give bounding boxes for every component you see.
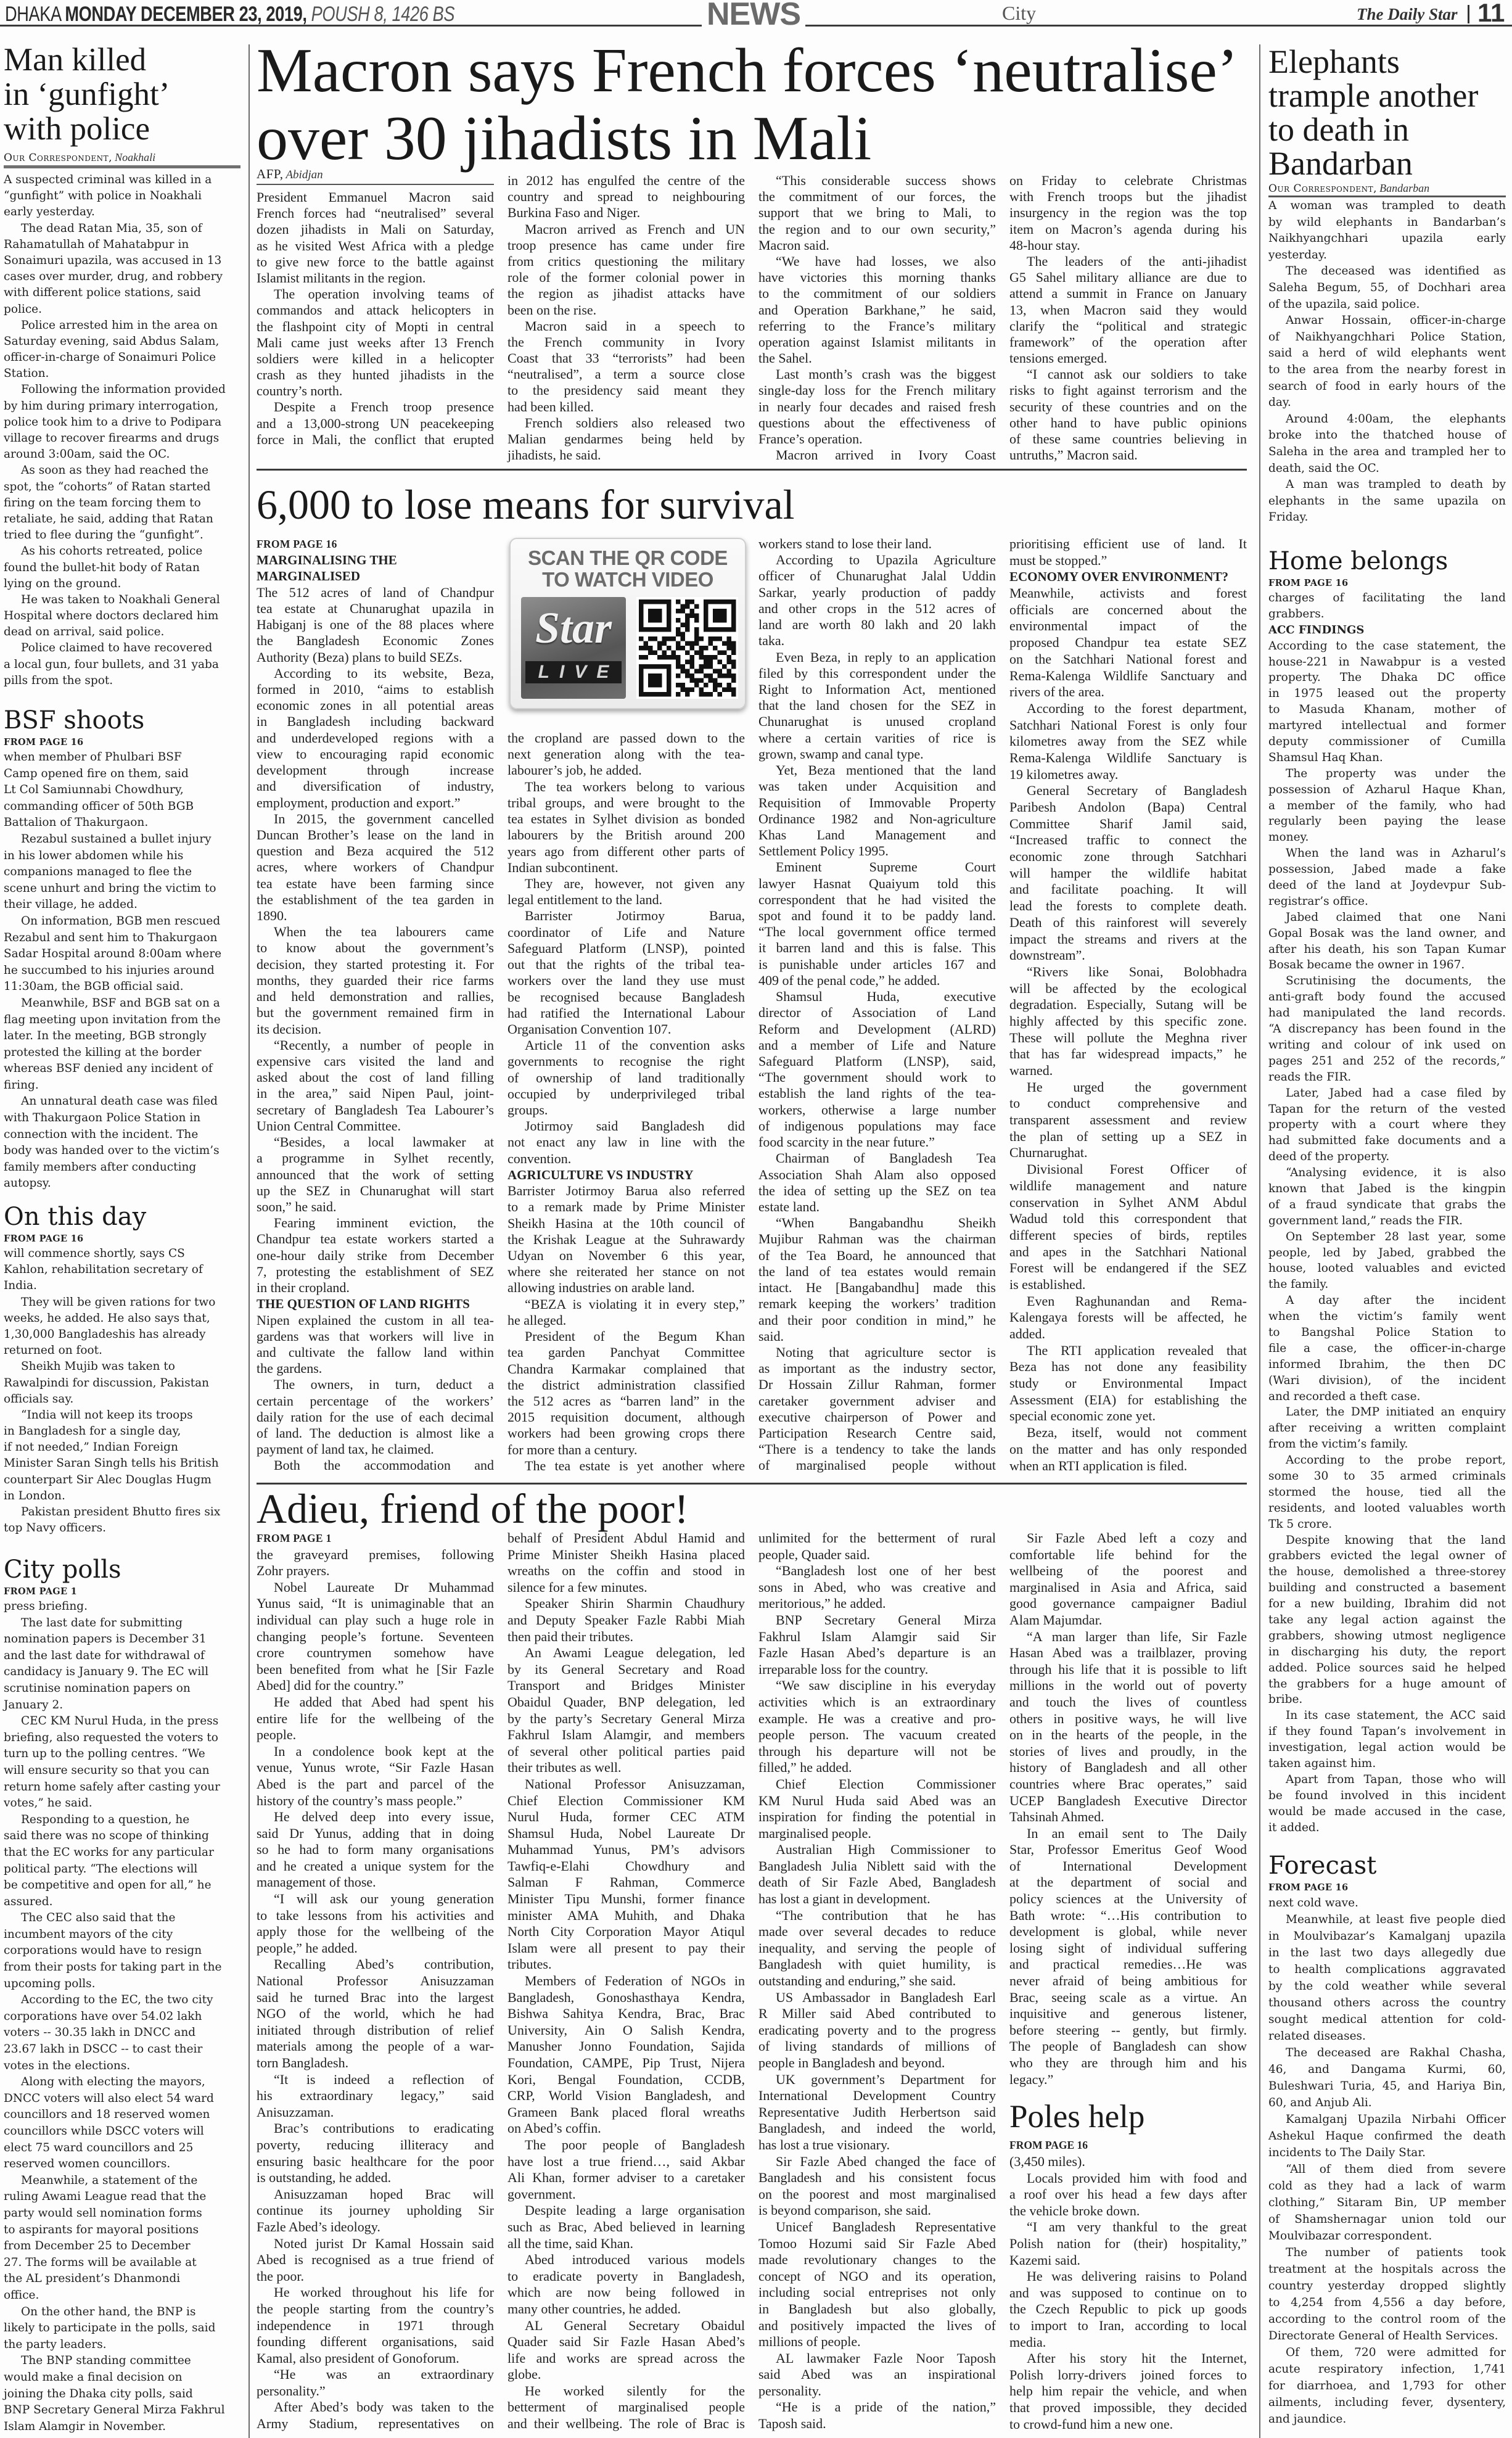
text-line: Shamsul Huda, Nobel Laureate Dr bbox=[507, 1826, 745, 1842]
text-line: warned. bbox=[1009, 1063, 1247, 1079]
text-line: house, looted valuables and evicted bbox=[1268, 1261, 1506, 1277]
article-body-column: in 2012 has engulfed the centre of theco… bbox=[507, 173, 745, 463]
text-line: to know about the government’s bbox=[257, 940, 494, 956]
qr-promo: SCAN THE QR CODE TO WATCH VIDEO Star LIV… bbox=[509, 538, 746, 709]
text-line: will ensure security so that you can bbox=[4, 1763, 241, 1779]
text-line: elephants in the same upazila on bbox=[1268, 493, 1506, 510]
text-line: filed by this correspondent under the bbox=[758, 665, 996, 682]
text-line: from their posts for taking part in the bbox=[4, 1959, 241, 1976]
text-line: in London. bbox=[4, 1488, 241, 1504]
text-line: of living standards of millions of bbox=[758, 2038, 996, 2055]
text-line: crore countrymen somehow have bbox=[257, 1645, 494, 1662]
text-line: when member of Phulbari BSF bbox=[4, 749, 241, 766]
text-line: After Abed’s body was taken to the bbox=[257, 2399, 494, 2416]
text-line: if they found Tapan’s involvement in bbox=[1268, 1724, 1506, 1740]
text-line: grabbers evicted the legal owner of bbox=[1268, 1548, 1506, 1564]
text-line: Lt Col Samiunnabi Chowdhury, bbox=[4, 782, 241, 799]
text-line: minister AMA Muhith, and Dhaka bbox=[507, 1908, 745, 1924]
text-line: Friday. bbox=[1268, 509, 1506, 526]
text-line: Apart from Tapan, those who will bbox=[1268, 1772, 1506, 1788]
article-forecast: Forecast FROM PAGE 16 next cold wave.Mea… bbox=[1268, 1850, 1506, 2428]
text-line: outstanding and enduring,” she said. bbox=[758, 1973, 996, 1990]
text-line: must be stopped.” bbox=[1009, 553, 1247, 569]
text-line: Jabed claimed that one Nani bbox=[1268, 910, 1506, 926]
text-line: Khas Land Management and bbox=[758, 827, 996, 843]
text-line: Obaidul Quader, BNP delegation, led bbox=[507, 1694, 745, 1711]
text-line: Mujibur Rahman was the chairman bbox=[758, 1231, 996, 1247]
text-line: Islam Alamgir in November. bbox=[4, 2419, 241, 2436]
text-line: history of the country’s mass people.” bbox=[257, 1793, 494, 1810]
text-line: labourers by the British around 200 bbox=[507, 827, 745, 843]
text-line: the plan of setting up a SEZ in bbox=[1009, 1129, 1247, 1145]
text-line: The BNP standing committee bbox=[4, 2353, 241, 2370]
text-line: be found involved in this incident bbox=[1268, 1788, 1506, 1804]
text-line: Anisuzzaman. bbox=[257, 2104, 494, 2121]
text-line: personality.” bbox=[257, 2383, 494, 2400]
text-line: acres, where workers of Chandpur bbox=[257, 859, 494, 875]
text-line: their tributes as well. bbox=[507, 1760, 745, 1776]
text-line: Forest will be endangered if the SEZ bbox=[1009, 1260, 1247, 1277]
continued-from-label: FROM PAGE 16 bbox=[4, 1232, 241, 1246]
headline-line: over 30 jihadists in Mali bbox=[257, 105, 1238, 173]
text-line: Even Raghunandan and Rema- bbox=[1009, 1293, 1247, 1310]
text-line: death, said the OC. bbox=[1268, 461, 1506, 477]
text-line: said a herd of wild elephants went bbox=[1268, 345, 1506, 362]
text-line: Zohr prayers. bbox=[257, 1563, 494, 1579]
text-line: of indigenous populations may face bbox=[758, 1118, 996, 1134]
text-line: NGO of the world, which he had bbox=[257, 2006, 494, 2022]
text-line: He worked silently for the bbox=[507, 2383, 745, 2400]
text-line: investigation, legal action would be bbox=[1268, 1740, 1506, 1756]
text-line: good governance campaigner Badiul bbox=[1009, 1596, 1247, 1612]
text-line: The leaders of the anti-jihadist bbox=[1009, 253, 1247, 270]
text-line: residents, and looted valuables worth bbox=[1268, 1501, 1506, 1517]
text-line: Kamal, also president of Gonoforum. bbox=[257, 2350, 494, 2367]
text-line: people. bbox=[257, 1727, 494, 1744]
text-line: concept of NGO and its operation, bbox=[758, 2268, 996, 2285]
text-line: the 512 acres as “barren land” in the bbox=[507, 1393, 745, 1409]
text-line: Taposh said. bbox=[758, 2416, 996, 2432]
text-line: Churnarughat. bbox=[1009, 1145, 1247, 1161]
text-line: view to encouraging rapid economic bbox=[257, 746, 494, 762]
text-line: added. Police sources said he helped bbox=[1268, 1660, 1506, 1676]
text-line: out that the rights of the tribal tea- bbox=[507, 957, 745, 973]
text-line: in Moulvibazar’s Kamalganj upazila bbox=[1268, 1928, 1506, 1945]
text-line: years ago from different other parts of bbox=[507, 844, 745, 860]
text-line: different species of birds, reptiles bbox=[1009, 1227, 1247, 1244]
text-line: activities which is an extraordinary bbox=[758, 1694, 996, 1711]
headline-line: Macron says French forces ‘neutralise’ bbox=[257, 37, 1238, 105]
lead-headline: Macron says French forces ‘neutralise’ o… bbox=[257, 37, 1238, 173]
text-line: study or Environmental Impact bbox=[1009, 1375, 1247, 1392]
text-line: DNCC voters will also elect 54 ward bbox=[4, 2091, 241, 2107]
text-line: house-221 in Nawabpur is a vested bbox=[1268, 654, 1506, 670]
text-line: have lost a true friend…, said Akbar bbox=[507, 2154, 745, 2170]
text-line: weeks, he added. He also says that, bbox=[4, 1311, 241, 1327]
continued-from-label: FROM PAGE 16 bbox=[257, 536, 494, 552]
text-line: “Recently, a number of people in bbox=[257, 1037, 494, 1053]
text-line: spot and found it to be paddy land. bbox=[758, 908, 996, 924]
text-line: behalf of President Abdul Hamid and bbox=[507, 1530, 745, 1547]
text-line: President of the Begum Khan bbox=[507, 1328, 745, 1345]
headline: Man killed in ‘gunfight’ with police bbox=[4, 43, 170, 146]
text-line: Ashekul Haque confirmed the death bbox=[1268, 2128, 1506, 2144]
text-line: Salman F Rahman, Commerce bbox=[507, 1874, 745, 1891]
text-line: Following the information provided bbox=[4, 382, 241, 398]
text-line: who they are through him and his bbox=[1009, 2055, 1247, 2072]
text-line: wellbeing of the poorest and bbox=[1009, 1563, 1247, 1579]
text-line: scrutinise nomination papers on bbox=[4, 1681, 241, 1697]
text-line: he alleged. bbox=[507, 1312, 745, 1328]
text-line: in Bangladesh for a single day, bbox=[4, 1423, 241, 1439]
continued-from-label: FROM PAGE 16 bbox=[1268, 1881, 1506, 1895]
text-line: Fazle Abed’s ideology. bbox=[257, 2219, 494, 2236]
text-line: 409 of the penal code,” he added. bbox=[758, 973, 996, 989]
section-label: NEWS bbox=[707, 0, 800, 30]
text-line: support that we bring to Mali, to bbox=[758, 205, 996, 221]
article-body-column: on Friday to celebrate Christmaswith Fre… bbox=[1009, 173, 1247, 463]
text-line: crash as they hunted jihadists in the bbox=[257, 367, 494, 383]
text-line: of the Tea Board, he announced that bbox=[758, 1248, 996, 1264]
text-line: including social entreprises not only bbox=[758, 2284, 996, 2301]
text-line: International Development Country bbox=[758, 2088, 996, 2104]
text-line: by wild elephants in Bandarban’s bbox=[1268, 215, 1506, 231]
text-line: referring to the France’s military bbox=[758, 318, 996, 334]
text-line: Abed] did for the country.” bbox=[257, 1678, 494, 1694]
text-line: These will pollute the Meghna river bbox=[1009, 1030, 1247, 1047]
text-line: The RTI application revealed that bbox=[1009, 1343, 1247, 1359]
text-line: independence in 1971 through bbox=[257, 2318, 494, 2334]
text-line: “When Bangabandhu Sheikh bbox=[758, 1215, 996, 1231]
text-line: US Ambassador in Bangladesh Earl bbox=[758, 1990, 996, 2006]
subheading: ACC FINDINGS bbox=[1268, 622, 1506, 638]
text-line: They are, however, not given any bbox=[507, 876, 745, 892]
byline-place: Bandarban bbox=[1379, 182, 1429, 194]
text-line: Udyan on November 6 this year, bbox=[507, 1248, 745, 1264]
text-line: 46, and Dangama Kurmi, 60, bbox=[1268, 2061, 1506, 2078]
text-line: of several other political parties paid bbox=[507, 1744, 745, 1760]
text-line: councillors while DSCC voters will bbox=[4, 2123, 241, 2140]
text-line: autopsy. bbox=[4, 1176, 241, 1192]
text-line: Naikhyangchhari upazila early bbox=[1268, 231, 1506, 247]
text-line: the idea of setting up the SEZ on tea bbox=[758, 1183, 996, 1199]
text-line: founding different organisations, said bbox=[257, 2334, 494, 2350]
text-line: director of Association of Land bbox=[758, 1005, 996, 1021]
text-line: to Masuda Khanam, mother of bbox=[1268, 702, 1506, 718]
text-line: India. bbox=[4, 1278, 241, 1294]
continued-from-label: FROM PAGE 1 bbox=[257, 1530, 494, 1547]
text-line: Abed is the part and parcel of the bbox=[257, 1776, 494, 1793]
text-line: A suspected criminal was killed in a bbox=[4, 172, 241, 188]
text-line: According to Upazila Agriculture bbox=[758, 552, 996, 568]
text-line: by the party’s Secretary General Mirza bbox=[507, 1711, 745, 1728]
text-line: On information, BGB men rescued bbox=[4, 913, 241, 930]
text-line: sought medical attention for cold- bbox=[1268, 2011, 1506, 2028]
text-line: and recorded a theft case. bbox=[1268, 1389, 1506, 1405]
text-line: pages 251 and 252 of the records,” bbox=[1268, 1053, 1506, 1069]
text-line: nomination papers is December 31 bbox=[4, 1631, 241, 1648]
dateline: DHAKA MONDAY DECEMBER 23, 2019, POUSH 8,… bbox=[5, 2, 454, 26]
text-line: He urged the government bbox=[1009, 1079, 1247, 1096]
text-line: money. bbox=[1268, 830, 1506, 846]
dateline-bangla-date: POUSH 8, 1426 BS bbox=[311, 2, 454, 26]
text-line: Locals provided him with food and bbox=[1009, 2170, 1247, 2187]
text-line: Bishwa Sahitya Kendra, Brac, Brac bbox=[507, 2006, 745, 2022]
text-line: decision, they started protesting it. Fo… bbox=[257, 957, 494, 973]
text-line: ensuring basic healthcare for the poor bbox=[257, 2154, 494, 2170]
text-line: for diarrhoea, and 1,793 for other bbox=[1268, 2378, 1506, 2394]
text-line: special economic zone yet. bbox=[1009, 1408, 1247, 1425]
text-line: assured. bbox=[4, 1894, 241, 1911]
text-line: In a condolence book kept at the bbox=[257, 1744, 494, 1760]
text-line: police. bbox=[4, 302, 241, 318]
text-line: establish the land rights of the tea- bbox=[758, 1085, 996, 1102]
text-line: thousand others across the country bbox=[1268, 1995, 1506, 2011]
text-line: reads the FIR. bbox=[1268, 1069, 1506, 1085]
text-line: after his death, his son Tapan Kumar bbox=[1268, 942, 1506, 958]
text-line: 19 kilometres away. bbox=[1009, 767, 1247, 783]
text-line: losing sight of individual suffering bbox=[1009, 1940, 1247, 1957]
text-line: Dr Hossain Zillur Rahman, former bbox=[758, 1377, 996, 1393]
text-line: January 2. bbox=[4, 1697, 241, 1714]
text-line: country yesterday dropped slightly bbox=[1268, 2278, 1506, 2294]
text-line: Police claimed to have recovered bbox=[4, 640, 241, 656]
text-line: of Shamshernagar union told our bbox=[1268, 2211, 1506, 2228]
text-line: convention. bbox=[507, 1151, 745, 1167]
text-line: The tea estate is yet another where bbox=[507, 1458, 745, 1474]
text-line: rivers of the area. bbox=[1009, 684, 1247, 701]
text-line: that proved impossible, they decided bbox=[1009, 2400, 1247, 2416]
headline: 6,000 to lose means for survival bbox=[257, 484, 795, 525]
text-line: Rezabul sustained a bullet injury bbox=[4, 831, 241, 848]
text-line: legacy.” bbox=[1009, 2072, 1247, 2088]
text-line: personality. bbox=[758, 2383, 996, 2400]
text-line: Recalling Abed’s contribution, bbox=[257, 1956, 494, 1973]
text-line: the house, demolished a three-storey bbox=[1268, 1564, 1506, 1580]
article-bsf-shoots: BSF shoots FROM PAGE 16 when member of P… bbox=[4, 705, 241, 1192]
continued-from-label: FROM PAGE 1 bbox=[4, 1585, 241, 1599]
text-line: Abed is recognised as a true friend of bbox=[257, 2252, 494, 2268]
text-line: As his cohorts retreated, police bbox=[4, 543, 241, 559]
text-line: the party leaders. bbox=[4, 2337, 241, 2354]
text-line: Shamsul Haq Khan. bbox=[1268, 750, 1506, 766]
text-line: lying on the ground. bbox=[4, 576, 241, 592]
text-line: Article 11 of the convention asks bbox=[507, 1037, 745, 1053]
text-line: A woman was trampled to death bbox=[1268, 198, 1506, 215]
text-line: “Bangladesh lost one of her best bbox=[758, 1563, 996, 1579]
text-line: Nobel Laureate Dr Muhammad bbox=[257, 1579, 494, 1596]
text-line: (Wari division), of the incident bbox=[1268, 1373, 1506, 1389]
text-line: made over several decades to reduce bbox=[758, 1924, 996, 1940]
text-line: Tomoo Hozumi said Sir Fazle Abed bbox=[758, 2236, 996, 2252]
text-line: Settlement Policy 1995. bbox=[758, 843, 996, 859]
text-line: “A man larger than life, Sir Fazle bbox=[1009, 1629, 1247, 1645]
article-body: will commence shortly, says CSKahlon, re… bbox=[4, 1246, 241, 1536]
text-line: 27. The forms will be available at bbox=[4, 2255, 241, 2271]
text-line: caretaker government adviser and bbox=[758, 1393, 996, 1409]
text-line: Burkina Faso and Niger. bbox=[507, 205, 745, 221]
text-line: soldiers were killed in a helicopter bbox=[257, 351, 494, 367]
text-line: formed in 2010, “aims to establish bbox=[257, 682, 494, 698]
text-line: the family. bbox=[1268, 1277, 1506, 1293]
text-line: Shamsul Huda, executive bbox=[758, 989, 996, 1005]
text-line: (3,450 miles). bbox=[1009, 2154, 1247, 2170]
text-line: people, led by Jabed, grabbed the bbox=[1268, 1245, 1506, 1261]
text-line: of ownership of land traditionally bbox=[507, 1070, 745, 1086]
text-line: Ordinance 1982 and Non-agriculture bbox=[758, 811, 996, 827]
text-line: government land,” reads the FIR. bbox=[1268, 1213, 1506, 1229]
text-line: clarify the “political and strategic bbox=[1009, 318, 1247, 334]
text-line: wildlife management and nature bbox=[1009, 1178, 1247, 1195]
text-line: by him during primary interrogation, bbox=[4, 398, 241, 414]
text-line: said. bbox=[758, 1328, 996, 1345]
text-line: known that Jabed is the kingpin bbox=[1268, 1181, 1506, 1197]
text-line: He delved deep into every issue, bbox=[257, 1809, 494, 1826]
text-line: development through increase bbox=[257, 762, 494, 778]
text-line: Barrister Jotirmoy Barua, bbox=[507, 908, 745, 924]
text-line: Pakistan president Bhutto fires six bbox=[4, 1504, 241, 1520]
text-line: the people starting from the country’s bbox=[257, 2301, 494, 2318]
text-line: and he created a unique system for the bbox=[257, 1858, 494, 1875]
text-line: on the poorest and most marginalised bbox=[758, 2186, 996, 2203]
text-line: Police arrested him in the area on bbox=[4, 318, 241, 334]
text-line: workers stand to lose their land. bbox=[758, 536, 996, 552]
text-line: remark keeping the workers’ tradition bbox=[758, 1296, 996, 1312]
text-line: Later, the DMP initiated an enquiry bbox=[1268, 1404, 1506, 1420]
text-line: that has far widespread impacts,” he bbox=[1009, 1046, 1247, 1063]
article-body-column: workers stand to lose their land.Accordi… bbox=[758, 536, 996, 1474]
text-line: anti-graft body found the accused bbox=[1268, 989, 1506, 1005]
text-line: file a case, the officer-in-charge bbox=[1268, 1341, 1506, 1357]
text-line: Yunus said, “It is unimaginable that an bbox=[257, 1596, 494, 1612]
text-line: will be affected by the ecological bbox=[1009, 981, 1247, 997]
text-line: occupied by underprivileged tribal bbox=[507, 1086, 745, 1102]
dateline-city: DHAKA bbox=[5, 2, 60, 26]
text-line: of International Development bbox=[1009, 1858, 1247, 1875]
text-line: next generation along with the tea- bbox=[507, 746, 745, 762]
text-line: and facilitate poaching. It will bbox=[1009, 881, 1247, 898]
text-line: to import to Iran, according to local bbox=[1009, 2318, 1247, 2334]
text-line: executive chairperson of Power and bbox=[758, 1409, 996, 1425]
text-line: Chairman of Bangladesh Tea bbox=[758, 1150, 996, 1166]
text-line: venue, Yunus wrote, “Sir Fazle Hasan bbox=[257, 1760, 494, 1776]
text-line: After his story hit the Internet, bbox=[1009, 2350, 1247, 2367]
text-line: voters -- 30.35 lakh in DNCC and bbox=[4, 2025, 241, 2041]
text-line: expensive cars visited the land and bbox=[257, 1053, 494, 1069]
headline: On this day bbox=[4, 1201, 241, 1232]
text-line: property. The Dhaka DC office bbox=[1268, 670, 1506, 686]
text-line: from critics questioning the military bbox=[507, 253, 745, 270]
text-line: office. bbox=[4, 2288, 241, 2304]
text-line: Rema-Kalenga Wildlife Sanctuary is bbox=[1009, 750, 1247, 767]
text-line: An unnatural death case was filed bbox=[4, 1093, 241, 1110]
text-line: Speaker Shirin Sharmin Chaudhury bbox=[507, 1596, 745, 1612]
text-line: workers over the land they use must bbox=[507, 973, 745, 989]
text-line: On the other hand, the BNP is bbox=[4, 2304, 241, 2321]
text-line: questions about the effectiveness of bbox=[758, 415, 996, 431]
text-line: some 30 to 35 armed criminals bbox=[1268, 1468, 1506, 1485]
text-line: through his departure will not be bbox=[758, 1744, 996, 1760]
headline-line: trample another bbox=[1268, 79, 1478, 113]
newspaper-page: DHAKA MONDAY DECEMBER 23, 2019, POUSH 8,… bbox=[0, 0, 1512, 2438]
text-line: councillors and 18 reserved women bbox=[4, 2107, 241, 2123]
text-line: connection with the incident. The bbox=[4, 1127, 241, 1143]
text-line: Kamalganj Upazila Nirbahi Officer bbox=[1268, 2111, 1506, 2128]
text-line: “neutralised”, a term a source close bbox=[507, 366, 745, 382]
text-line: in nearly four decades and raised fresh bbox=[758, 399, 996, 415]
text-line: protested the killing at the border bbox=[4, 1045, 241, 1061]
text-line: tea estates in Sylhet division as bonded bbox=[507, 811, 745, 827]
text-line: spot, the “cohorts” of Ratan started bbox=[4, 479, 241, 495]
headline: Adieu, friend of the poor! bbox=[257, 1488, 689, 1530]
text-line: Paribesh Andolon (Bapa) Central bbox=[1009, 799, 1247, 816]
text-line: will hamper the wildlife habitat bbox=[1009, 865, 1247, 882]
text-line: announced that the work of setting bbox=[257, 1167, 494, 1183]
text-line: “The local government office termed bbox=[758, 924, 996, 940]
text-line: An Awami League delegation, led bbox=[507, 1645, 745, 1662]
text-line: Battalion of Thakurgaon. bbox=[4, 815, 241, 831]
text-line: unlimited for the betterment of rural bbox=[758, 1530, 996, 1547]
headline-line: with police bbox=[4, 112, 170, 146]
text-line: and cultivate the fallow land within bbox=[257, 1345, 494, 1361]
text-line: and underdeveloped regions with a bbox=[257, 730, 494, 746]
text-line: and practical remedies…He was bbox=[1009, 1956, 1247, 1973]
text-line: ruling Awami League read that the bbox=[4, 2189, 241, 2205]
text-line: the Bangladesh Economic Zones bbox=[257, 633, 494, 649]
text-line: Fazle Hasan Abed’s departure is an bbox=[758, 1645, 996, 1662]
text-line: the commitment of our forces, the bbox=[758, 189, 996, 205]
article-body: next cold wave.Meanwhile, at least five … bbox=[1268, 1895, 1506, 2428]
text-line: “Increased traffic to connect the bbox=[1009, 832, 1247, 849]
text-line: CRP, World Vision Bangladesh, and bbox=[507, 2088, 745, 2104]
text-line: 48-hour stay. bbox=[1009, 237, 1247, 253]
text-line: UK government’s Department for bbox=[758, 2072, 996, 2088]
text-line: workers, otherwise a large number bbox=[758, 1102, 996, 1118]
text-line: policy sciences at the University of bbox=[1009, 1891, 1247, 1908]
text-line: political party. “The elections will bbox=[4, 1861, 241, 1878]
text-line: Bath wrote: “…His contribution to bbox=[1009, 1908, 1247, 1924]
text-line: dead on arrival, said police. bbox=[4, 624, 241, 640]
text-line: country’s north. bbox=[257, 383, 494, 399]
text-line: to conduct comprehensive and bbox=[1009, 1095, 1247, 1112]
text-line: countries where Brac operates,” said bbox=[1009, 1776, 1247, 1793]
byline-place: Abidjan bbox=[286, 168, 323, 181]
text-line: according to the control room of the bbox=[1268, 2311, 1506, 2328]
text-line: Despite knowing that the land bbox=[1268, 1533, 1506, 1549]
text-line: In an email sent to The Daily bbox=[1009, 1826, 1247, 1842]
text-line: clothing,” Sitaram Bin, UP member bbox=[1268, 2194, 1506, 2211]
article-on-this-day: On this day FROM PAGE 16 will commence s… bbox=[4, 1201, 241, 1536]
text-line: and was supposed to continue on to bbox=[1009, 2285, 1247, 2302]
text-line: such as Brac, Abed believed in learning bbox=[507, 2219, 745, 2236]
text-line: The deceased are Rakhal Chasha, bbox=[1268, 2045, 1506, 2061]
text-line: officials are concerned about the bbox=[1009, 602, 1247, 619]
text-line: turn up to the polling centres. “We bbox=[4, 1746, 241, 1763]
text-line: workers had been growing crops there bbox=[507, 1425, 745, 1441]
text-line: Responding to a question, he bbox=[4, 1812, 241, 1829]
text-line: would make a final decision on bbox=[4, 2370, 241, 2386]
text-line: in their cropland. bbox=[257, 1280, 494, 1296]
text-line: ailments, including fever, dysentery, bbox=[1268, 2394, 1506, 2411]
text-line: Jotirmoy said Bangladesh did bbox=[507, 1118, 745, 1134]
text-line: Despite leading a large organisation bbox=[507, 2202, 745, 2219]
text-line: example. He was a creative and pro- bbox=[758, 1711, 996, 1728]
text-line: writing and colour of ink used on bbox=[1268, 1037, 1506, 1053]
text-line: grabbers. bbox=[1268, 606, 1506, 622]
text-line: Divisional Forest Officer of bbox=[1009, 1161, 1247, 1178]
headline: BSF shoots bbox=[4, 705, 241, 736]
divider bbox=[1468, 5, 1469, 23]
